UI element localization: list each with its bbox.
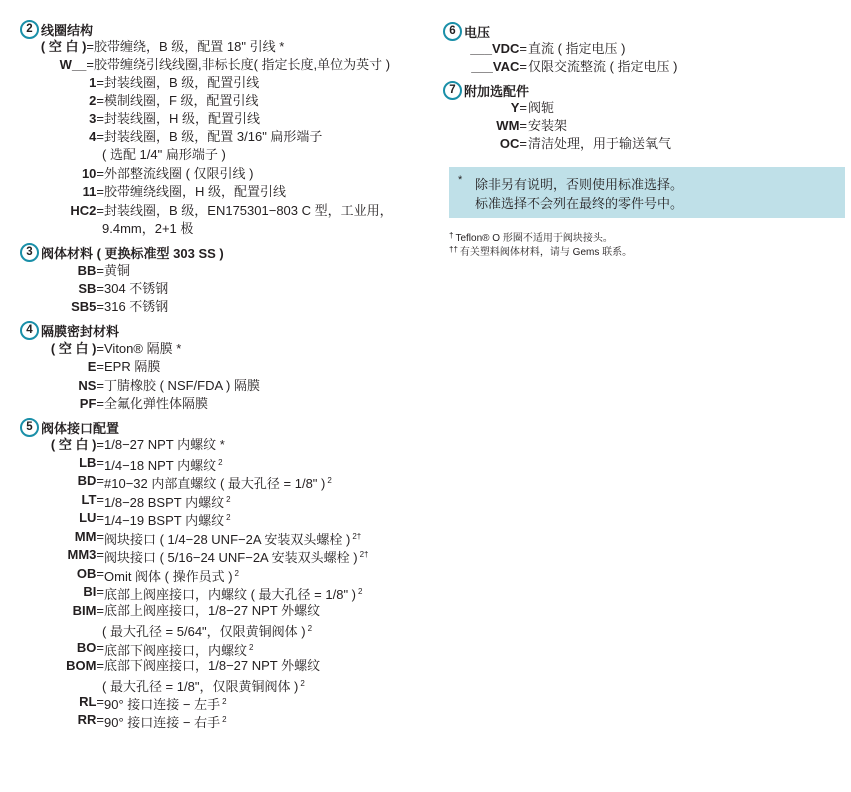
option-code: ( 空 白 )= — [51, 340, 104, 358]
note-line-1: 除非另有说明，否则使用标准选择。 — [475, 174, 683, 193]
option-desc-continued: ( 最大孔径 = 5/64"，仅限黄铜阀体 )2 — [102, 620, 312, 641]
option-desc: 安装架 — [528, 117, 567, 135]
section-number-badge: 2 — [20, 20, 39, 39]
standard-selection-note: * 除非另有说明，否则使用标准选择。 标准选择不会列在最终的零件号中。 — [449, 167, 845, 218]
footnote-teflon: †Teflon® O 形圈不适用于阀块接头。 — [449, 229, 613, 244]
option-desc: 底部下阀座接口，1/8−27 NPT 外螺纹 — [104, 657, 320, 675]
section-header-options: 7 附加选配件 — [443, 81, 529, 100]
option-code: 2= — [89, 92, 104, 110]
option-desc: 胶带缠绕线圈，H 级，配置引线 — [104, 183, 286, 201]
option-code: E= — [88, 358, 104, 376]
option-desc: 304 不锈钢 — [104, 280, 168, 298]
option-desc: 丁腈橡胶 ( NSF/FDA ) 隔膜 — [104, 377, 260, 395]
section-title: 附加选配件 — [464, 81, 529, 100]
option-code: BOM= — [66, 657, 104, 675]
option-desc: 直流 ( 指定电压 ) — [528, 40, 626, 58]
option-code: MM3= — [68, 546, 104, 564]
option-code: LT= — [81, 491, 104, 509]
option-code: 4= — [89, 128, 104, 146]
option-desc: 316 不锈钢 — [104, 298, 168, 316]
option-code: OC= — [500, 135, 527, 153]
option-code: LU= — [79, 509, 104, 527]
option-code: HC2= — [70, 202, 104, 220]
option-desc: 黄铜 — [104, 262, 130, 280]
option-desc: 封装线圈，B 级，配置 3/16" 扁形端子 — [104, 128, 322, 146]
section-number-badge: 3 — [20, 243, 39, 262]
option-code: MM= — [75, 528, 104, 546]
section-number-badge: 7 — [443, 81, 462, 100]
section-title: 线圈结构 — [41, 20, 93, 39]
section-header-diaphragm: 4 隔膜密封材料 — [20, 321, 119, 340]
option-desc: 1/4−19 BSPT 内螺纹2 — [104, 509, 231, 530]
option-desc: 清洁处理，用于输送氧气 — [528, 135, 671, 153]
option-code: 3= — [89, 110, 104, 128]
option-desc: 模制线圈，F 级，配置引线 — [104, 92, 259, 110]
option-desc: 仅限交流整流 ( 指定电压 ) — [528, 58, 678, 76]
option-code: RL= — [79, 693, 104, 711]
option-code: BB= — [78, 262, 104, 280]
option-code: ( 空 白 )= — [41, 38, 94, 56]
option-code: 1= — [89, 74, 104, 92]
footnote-plastic-body: ††有关塑料阀体材料，请与 Gems 联系。 — [449, 243, 632, 258]
option-desc: 全氟化弹性体隔膜 — [104, 395, 208, 413]
option-code: W__= — [60, 56, 94, 74]
option-code: OB= — [77, 565, 104, 583]
section-title: 电压 — [464, 22, 490, 41]
note-line-2: 标准选择不会列在最终的零件号中。 — [475, 193, 683, 212]
option-code: ( 空 白 )= — [51, 436, 104, 454]
option-desc: EPR 隔膜 — [104, 358, 160, 376]
option-desc: 外部整流线圈 ( 仅限引线 ) — [104, 165, 254, 183]
option-code: BI= — [83, 583, 104, 601]
option-code: BO= — [77, 639, 104, 657]
option-desc: 90° 接口连接 − 右手2 — [104, 711, 227, 732]
option-desc: 胶带缠绕，B 级，配置 18" 引线 * — [94, 38, 284, 56]
option-desc: 封装线圈，B 级，EN175301−803 C 型，工业用， — [104, 202, 393, 220]
option-code: 11= — [83, 183, 104, 201]
option-desc: 底部上阀座接口，1/8−27 NPT 外螺纹 — [104, 602, 320, 620]
option-code: SB5= — [71, 298, 104, 316]
option-code: BD= — [78, 472, 104, 490]
option-code: ___VDC= — [470, 40, 527, 58]
option-code: PF= — [80, 395, 104, 413]
double-dagger-marker: †† — [449, 245, 458, 254]
section-title: 阀体材料 ( 更换标准型 303 SS ) — [41, 243, 224, 262]
option-code: WM= — [496, 117, 527, 135]
section-header-port: 5 阀体接口配置 — [20, 418, 119, 437]
option-desc: 封装线圈，H 级，配置引线 — [104, 110, 260, 128]
option-desc: 阀块接口 ( 5/16−24 UNF−2A 安装双头螺栓 )2† — [104, 546, 368, 567]
option-code: 10= — [82, 165, 104, 183]
option-code: BIM= — [73, 602, 104, 620]
option-code: RR= — [78, 711, 104, 729]
option-desc-continued: 9.4mm，2+1 极 — [102, 220, 193, 238]
option-desc: 胶带缠绕引线线圈,非标长度( 指定长度,单位为英寸 ) — [94, 56, 390, 74]
section-title: 阀体接口配置 — [41, 418, 119, 437]
option-desc: Viton® 隔膜 * — [104, 340, 181, 358]
option-desc: 1/8−27 NPT 内螺纹 * — [104, 436, 225, 454]
option-desc: 底部上阀座接口，内螺纹 ( 最大孔径 = 1/8" )2 — [104, 583, 362, 604]
section-number-badge: 6 — [443, 22, 462, 41]
option-desc-continued: ( 选配 1/4" 扁形端子 ) — [102, 146, 226, 164]
dagger-marker: † — [449, 231, 453, 240]
section-number-badge: 4 — [20, 321, 39, 340]
option-code: LB= — [79, 454, 104, 472]
section-header-body-material: 3 阀体材料 ( 更换标准型 303 SS ) — [20, 243, 224, 262]
option-code: SB= — [78, 280, 104, 298]
option-code: ___VAC= — [471, 58, 527, 76]
section-title: 隔膜密封材料 — [41, 321, 119, 340]
asterisk-marker: * — [458, 174, 462, 186]
option-desc: 封装线圈，B 级，配置引线 — [104, 74, 259, 92]
section-header-coil: 2 线圈结构 — [20, 20, 93, 39]
option-code: NS= — [78, 377, 104, 395]
section-header-voltage: 6 电压 — [443, 22, 490, 41]
option-code: Y= — [511, 99, 527, 117]
section-number-badge: 5 — [20, 418, 39, 437]
option-desc: 阀轭 — [528, 99, 554, 117]
option-desc: #10−32 内部直螺纹 ( 最大孔径 = 1/8" )2 — [104, 472, 332, 493]
